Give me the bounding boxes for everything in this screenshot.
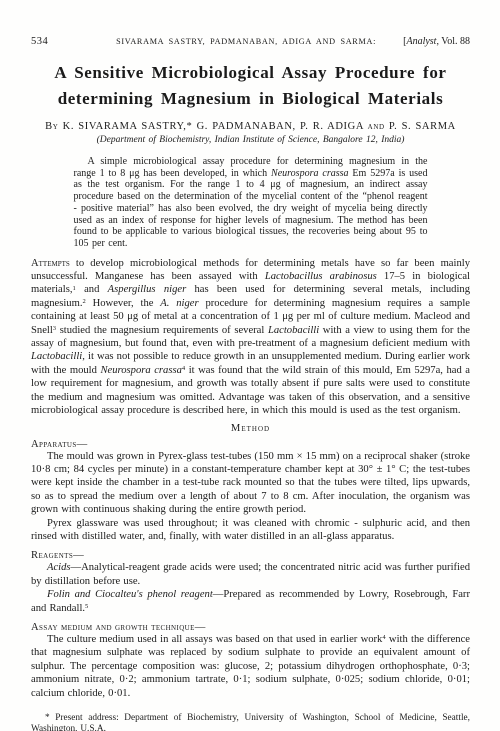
title-line-1: A Sensitive Microbiological Assay Proced… <box>31 60 470 86</box>
culture-medium-paragraph: The culture medium used in all assays wa… <box>31 633 470 700</box>
acids-paragraph: Acids—Analytical-reagent grade acids wer… <box>31 561 470 588</box>
journal-reference: [Analyst, Vol. 88 <box>403 36 470 47</box>
method-heading: Method <box>31 423 470 434</box>
introduction: Attempts to develop microbiological meth… <box>31 257 470 418</box>
byline: By K. SIVARAMA SASTRY,* G. PADMANABAN, P… <box>31 121 470 132</box>
intro-paragraph: Attempts to develop microbiological meth… <box>31 257 470 418</box>
journal-page: 534 SIVARAMA SASTRY, PADMANABAN, ADIGA A… <box>0 0 500 731</box>
apparatus-paragraph-2: Pyrex glassware was used throughout; it … <box>31 517 470 544</box>
running-head: SIVARAMA SASTRY, PADMANABAN, ADIGA AND S… <box>89 37 403 46</box>
footnote-paragraph: * Present address: Department of Biochem… <box>31 713 470 731</box>
apparatus-section: The mould was grown in Pyrex-glass test-… <box>31 450 470 544</box>
apparatus-paragraph-1: The mould was grown in Pyrex-glass test-… <box>31 450 470 517</box>
assay-medium-section: The culture medium used in all assays wa… <box>31 633 470 700</box>
reagents-heading: Reagents— <box>31 550 470 561</box>
phenol-reagent-paragraph: Folin and Ciocalteu's phenol reagent—Pre… <box>31 588 470 615</box>
title-line-2: determining Magnesium in Biological Mate… <box>31 86 470 112</box>
abstract: A simple microbiological assay procedure… <box>74 156 428 250</box>
abstract-paragraph: A simple microbiological assay procedure… <box>74 156 428 250</box>
reagents-section: Acids—Analytical-reagent grade acids wer… <box>31 561 470 615</box>
page-number: 534 <box>31 36 89 47</box>
article-title: A Sensitive Microbiological Assay Proced… <box>31 60 470 112</box>
affiliation: (Department of Biochemistry, Indian Inst… <box>31 135 470 145</box>
footnote: * Present address: Department of Biochem… <box>31 713 470 731</box>
assay-medium-heading: Assay medium and growth technique— <box>31 622 470 633</box>
apparatus-heading: Apparatus— <box>31 439 470 450</box>
page-header: 534 SIVARAMA SASTRY, PADMANABAN, ADIGA A… <box>31 36 470 47</box>
